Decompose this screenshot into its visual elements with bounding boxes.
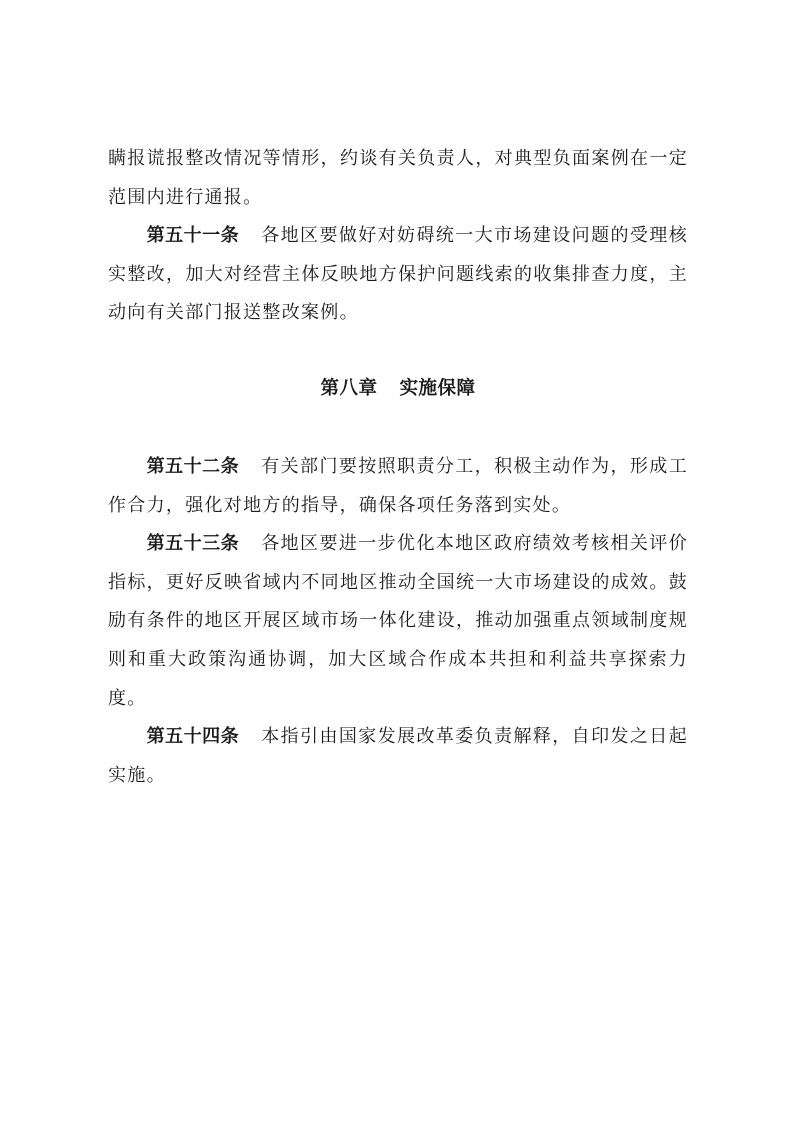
paragraph-text: 瞒报谎报整改情况等情形，约谈有关负责人，对典型负面案例在一定范围内进行通报。	[108, 148, 688, 208]
paragraph-continuation: 瞒报谎报整改情况等情形，约谈有关负责人，对典型负面案例在一定范围内进行通报。	[108, 140, 688, 217]
article-54: 第五十四条本指引由国家发展改革委负责解释，自印发之日起实施。	[108, 718, 688, 795]
chapter-title: 实施保障	[400, 378, 476, 399]
article-label: 第五十三条	[147, 533, 240, 554]
chapter-number: 第八章	[320, 378, 377, 399]
article-label: 第五十四条	[147, 726, 240, 747]
article-label: 第五十二条	[147, 456, 240, 477]
article-52: 第五十二条有关部门要按照职责分工，积极主动作为，形成工作合力，强化对地方的指导，…	[108, 448, 688, 525]
article-text: 各地区要进一步优化本地区政府绩效考核相关评价指标，更好反映省域内不同地区推动全国…	[108, 533, 688, 708]
chapter-heading: 第八章实施保障	[108, 370, 688, 408]
article-label: 第五十一条	[147, 225, 240, 246]
article-51: 第五十一条各地区要做好对妨碍统一大市场建设问题的受理核实整改，加大对经营主体反映…	[108, 217, 688, 333]
article-53: 第五十三条各地区要进一步优化本地区政府绩效考核相关评价指标，更好反映省域内不同地…	[108, 525, 688, 718]
document-page: 瞒报谎报整改情况等情形，约谈有关负责人，对典型负面案例在一定范围内进行通报。 第…	[108, 140, 688, 795]
